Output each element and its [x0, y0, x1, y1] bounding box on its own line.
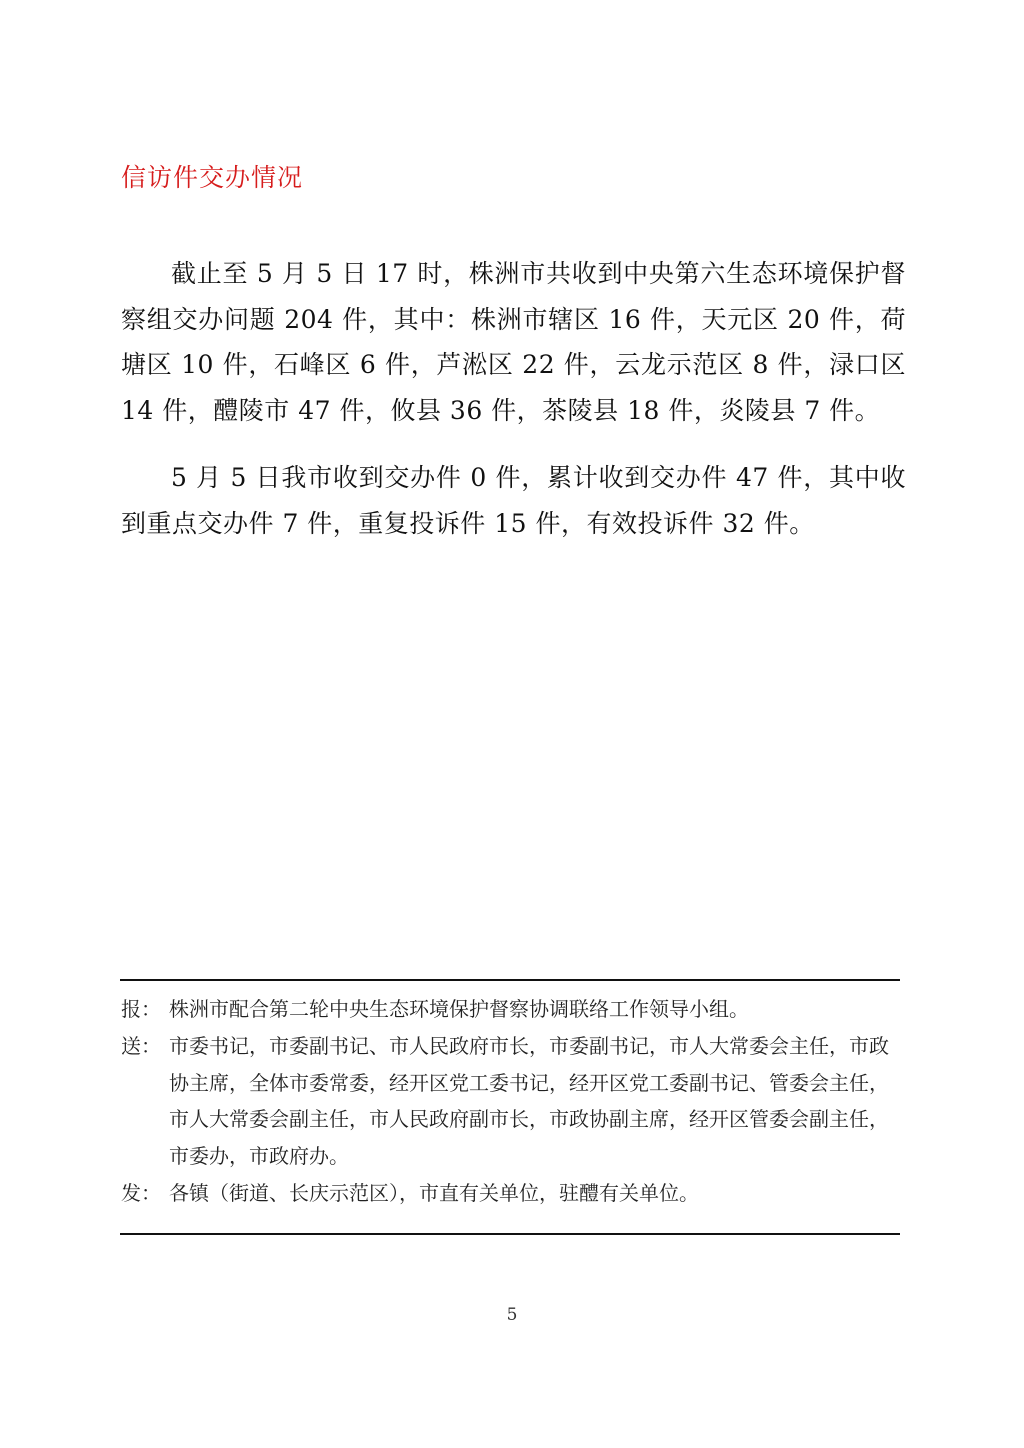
paragraph-daily-summary: 5 月 5 日我市收到交办件 0 件，累计收到交办件 47 件，其中收到重点交办…	[121, 455, 906, 546]
paragraph-petition-summary: 截止至 5 月 5 日 17 时，株洲市共收到中央第六生态环境保护督察组交办问题…	[121, 251, 906, 433]
distribution-issue: 发： 各镇（街道、长庆示范区），市直有关单位，驻醴有关单位。	[121, 1175, 906, 1212]
divider-bottom	[120, 1233, 900, 1235]
page-number: 5	[0, 1305, 1024, 1325]
divider-top	[120, 979, 900, 981]
report-text: 株洲市配合第二轮中央生态环境保护督察协调联络工作领导小组。	[169, 991, 906, 1028]
issue-label: 发：	[121, 1175, 169, 1212]
send-label: 送：	[121, 1028, 169, 1174]
distribution-report: 报： 株洲市配合第二轮中央生态环境保护督察协调联络工作领导小组。	[121, 991, 906, 1028]
issue-text: 各镇（街道、长庆示范区），市直有关单位，驻醴有关单位。	[169, 1175, 906, 1212]
section-heading: 信访件交办情况	[121, 158, 303, 194]
send-text: 市委书记，市委副书记、市人民政府市长，市委副书记，市人大常委会主任，市政协主席，…	[169, 1028, 906, 1174]
distribution-send: 送： 市委书记，市委副书记、市人民政府市长，市委副书记，市人大常委会主任，市政协…	[121, 1028, 906, 1174]
report-label: 报：	[121, 991, 169, 1028]
